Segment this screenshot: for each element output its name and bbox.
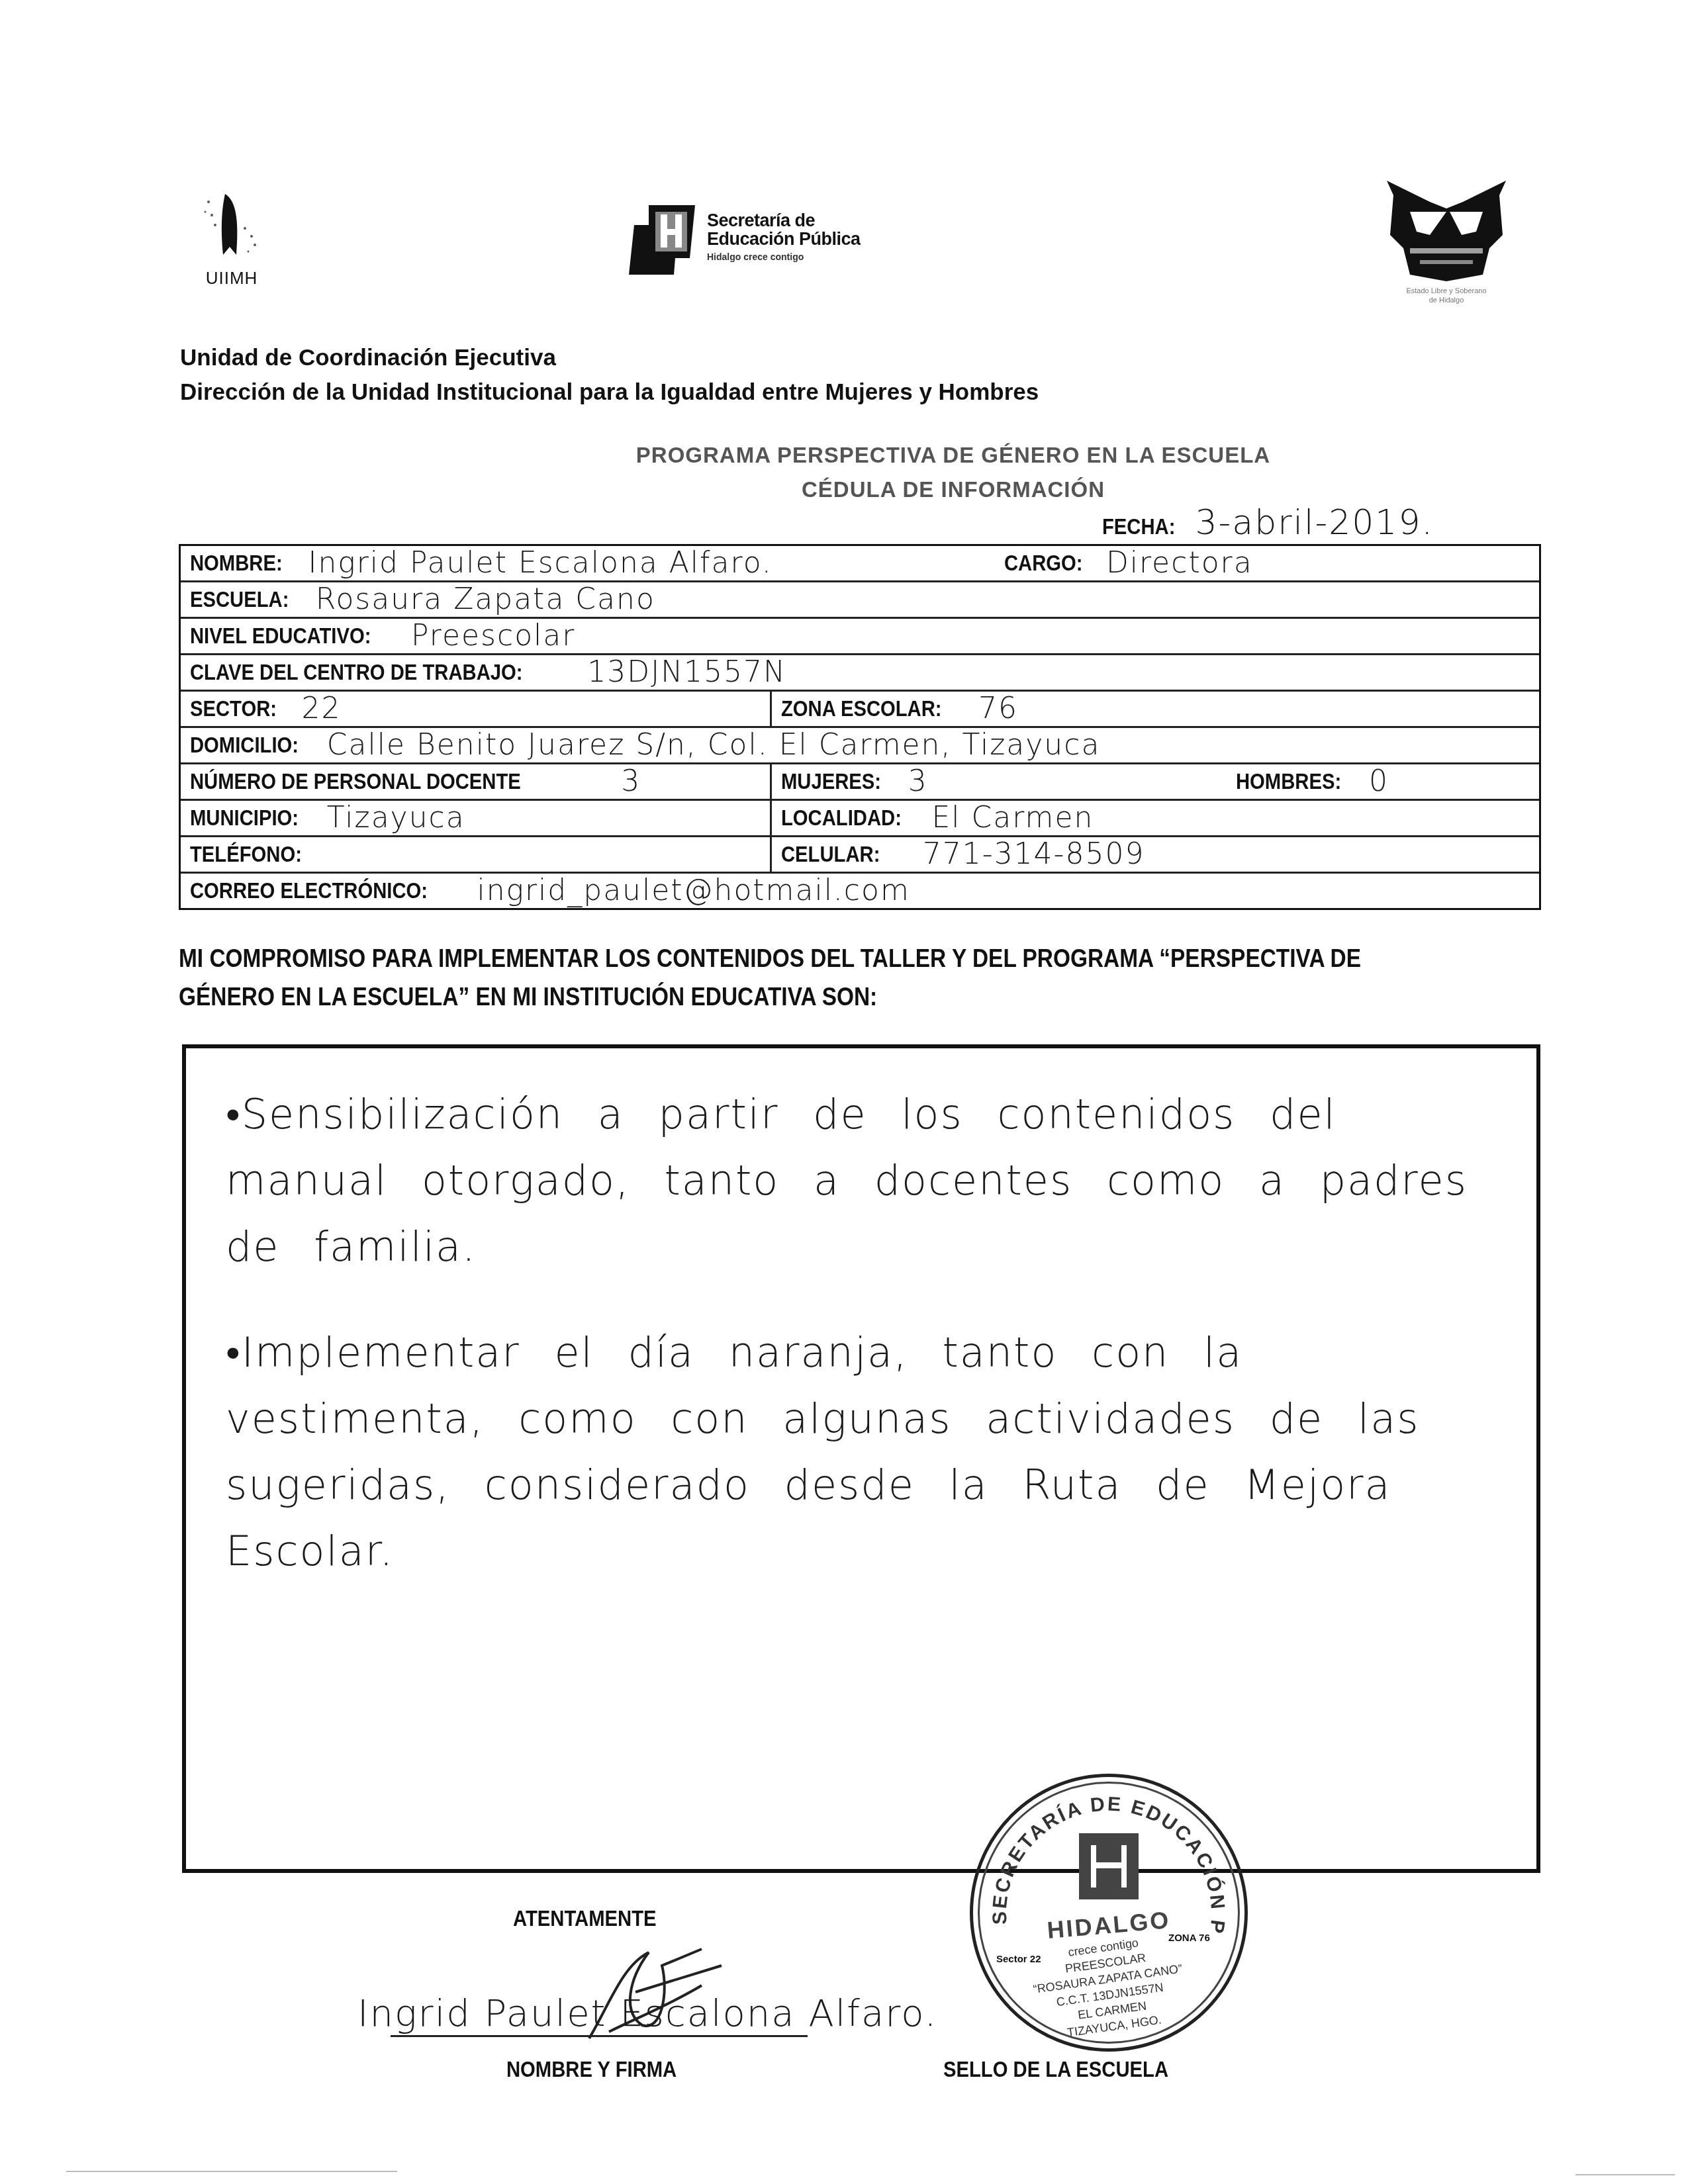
signature-label-text: NOMBRE Y FIRMA <box>506 2057 677 2083</box>
zona-value[interactable]: 76 <box>978 692 1018 726</box>
sep-tagline: Hidalgo crece contigo <box>707 251 804 262</box>
telefono-label: TELÉFONO: <box>190 842 302 868</box>
info-table: NOMBRE:Ingrid Paulet Escalona Alfaro. CA… <box>179 544 1541 910</box>
program-subtitle: CÉDULA DE INFORMACIÓN <box>0 473 1688 507</box>
municipio-field[interactable]: MUNICIPIO:Tizayuca <box>181 801 465 835</box>
commitment-item[interactable]: •Sensibilización a partir de los conteni… <box>226 1081 1483 1280</box>
program-title: PROGRAMA PERSPECTIVA DE GÉNERO EN LA ESC… <box>0 438 1688 507</box>
row-clave: CLAVE DEL CENTRO DE TRABAJO:13DJN1557N <box>181 655 1539 692</box>
telefono-field[interactable]: TELÉFONO: <box>181 837 330 872</box>
signature-name[interactable]: Ingrid Paulet Escalona Alfaro. <box>357 1992 937 2035</box>
municipio-label: MUNICIPIO: <box>190 805 299 831</box>
hidalgo-coat-of-arms: Estado Libre y Soberano de Hidalgo <box>1383 175 1509 321</box>
hidalgo-caption-line1: Estado Libre y Soberano <box>1383 287 1509 296</box>
sep-h-icon <box>629 205 695 275</box>
celular-field[interactable]: CELULAR:771-314-8509 <box>770 837 1145 872</box>
nivel-label: NIVEL EDUCATIVO: <box>190 623 371 649</box>
fecha-value[interactable]: 3-abril-2019. <box>1195 503 1434 543</box>
localidad-value[interactable]: El Carmen <box>932 801 1094 835</box>
docentes-field[interactable]: NÚMERO DE PERSONAL DOCENTE3 <box>181 764 641 799</box>
correo-field[interactable]: CORREO ELECTRÓNICO:ingrid_paulet@hotmail… <box>181 874 910 908</box>
commitment-box[interactable]: •Sensibilización a partir de los conteni… <box>182 1044 1540 1873</box>
nivel-value[interactable]: Preescolar <box>411 619 575 653</box>
celular-value[interactable]: 771-314-8509 <box>923 837 1145 872</box>
sector-value[interactable]: 22 <box>301 692 341 726</box>
hidalgo-caption: Estado Libre y Soberano de Hidalgo <box>1383 287 1509 305</box>
domicilio-value[interactable]: Calle Benito Juarez S/n, Col. El Carmen,… <box>327 728 1101 762</box>
cargo-field[interactable]: CARGO:Directora <box>995 546 1253 580</box>
hombres-field[interactable]: HOMBRES:0 <box>1227 764 1389 799</box>
sector-field[interactable]: SECTOR:22 <box>181 692 341 726</box>
row-nivel: NIVEL EDUCATIVO:Preescolar <box>181 619 1539 655</box>
row-nombre: NOMBRE:Ingrid Paulet Escalona Alfaro. CA… <box>181 546 1539 582</box>
closing-label: ATENTAMENTE <box>513 1906 680 1932</box>
escuela-value[interactable]: Rosaura Zapata Cano <box>316 582 655 617</box>
row-correo: CORREO ELECTRÓNICO:ingrid_paulet@hotmail… <box>181 874 1539 910</box>
mujeres-value[interactable]: 3 <box>908 764 928 799</box>
scan-artifact <box>66 2171 397 2172</box>
sep-title-line2: Educación Pública <box>707 229 861 249</box>
nombre-label: NOMBRE: <box>190 551 283 576</box>
zona-label: ZONA ESCOLAR: <box>781 696 942 722</box>
sector-label: SECTOR: <box>190 696 277 722</box>
docentes-value[interactable]: 3 <box>621 764 641 799</box>
program-title-line: PROGRAMA PERSPECTIVA DE GÉNERO EN LA ESC… <box>0 438 1688 473</box>
row-sector: SECTOR:22 ZONA ESCOLAR:76 <box>181 692 1539 728</box>
sep-h-icon <box>1079 1833 1139 1899</box>
sep-logo: Secretaría de Educación Pública Hidalgo … <box>629 205 947 278</box>
commitment-heading: MI COMPROMISO PARA IMPLEMENTAR LOS CONTE… <box>179 940 1402 1017</box>
unit-heading: Unidad de Coordinación Ejecutiva Direcci… <box>180 341 1039 410</box>
mujeres-label: MUJERES: <box>781 769 881 795</box>
docentes-label: NÚMERO DE PERSONAL DOCENTE <box>190 769 521 795</box>
sep-title-line1: Secretaría de <box>707 210 815 230</box>
hombres-value[interactable]: 0 <box>1369 764 1389 799</box>
row-municipio: MUNICIPIO:Tizayuca LOCALIDAD:El Carmen <box>181 801 1539 837</box>
domicilio-field[interactable]: DOMICILIO:Calle Benito Juarez S/n, Col. … <box>181 728 1100 762</box>
stamp-label-text: SELLO DE LA ESCUELA <box>943 2057 1168 2083</box>
nombre-field[interactable]: NOMBRE:Ingrid Paulet Escalona Alfaro. <box>181 546 773 580</box>
nombre-value[interactable]: Ingrid Paulet Escalona Alfaro. <box>308 546 772 580</box>
row-escuela: ESCUELA:Rosaura Zapata Cano <box>181 582 1539 619</box>
clave-field[interactable]: CLAVE DEL CENTRO DE TRABAJO:13DJN1557N <box>181 655 786 690</box>
unit-heading-line1: Unidad de Coordinación Ejecutiva <box>180 341 1039 375</box>
stamp-label: SELLO DE LA ESCUELA <box>943 2057 1205 2083</box>
fecha-field: FECHA:3-abril-2019. <box>1102 503 1434 543</box>
row-domicilio: DOMICILIO:Calle Benito Juarez S/n, Col. … <box>181 728 1539 764</box>
signature-line <box>391 2035 808 2037</box>
row-telefono: TELÉFONO: CELULAR:771-314-8509 <box>181 837 1539 874</box>
signature-label: NOMBRE Y FIRMA <box>506 2057 704 2083</box>
correo-label: CORREO ELECTRÓNICO: <box>190 878 428 904</box>
nivel-field[interactable]: NIVEL EDUCATIVO:Preescolar <box>181 619 575 653</box>
celular-label: CELULAR: <box>781 842 880 868</box>
uiimh-text: UIIMH <box>189 268 275 289</box>
localidad-label: LOCALIDAD: <box>781 805 902 831</box>
domicilio-label: DOMICILIO: <box>190 733 299 758</box>
correo-value[interactable]: ingrid_paulet@hotmail.com <box>477 874 910 908</box>
scan-artifact <box>1575 2174 1675 2175</box>
clave-value[interactable]: 13DJN1557N <box>587 655 786 690</box>
row-docentes: NÚMERO DE PERSONAL DOCENTE3 MUJERES:3 HO… <box>181 764 1539 801</box>
mujeres-field[interactable]: MUJERES:3 <box>770 764 928 799</box>
hidalgo-coat-of-arms-icon <box>1383 175 1509 285</box>
school-stamp: SECRETARÍA DE EDUCACIÓN PÚBLICA HIDALGO … <box>970 1774 1248 2052</box>
unit-heading-line2: Dirección de la Unidad Institucional par… <box>180 375 1039 410</box>
zona-field[interactable]: ZONA ESCOLAR:76 <box>770 692 1018 726</box>
fecha-label: FECHA: <box>1102 514 1175 540</box>
uiimh-ribbon-icon <box>189 189 275 268</box>
uiimh-logo: UIIMH <box>189 189 275 288</box>
hidalgo-caption-line2: de Hidalgo <box>1383 296 1509 305</box>
cargo-value[interactable]: Directora <box>1106 546 1253 580</box>
cargo-label: CARGO: <box>1004 551 1083 576</box>
closing-text: ATENTAMENTE <box>513 1906 657 1932</box>
escuela-label: ESCUELA: <box>190 587 289 613</box>
clave-label: CLAVE DEL CENTRO DE TRABAJO: <box>190 660 523 686</box>
hombres-label: HOMBRES: <box>1236 769 1341 795</box>
commitment-item[interactable]: •Implementar el día naranja, tanto con l… <box>226 1320 1483 1584</box>
localidad-field[interactable]: LOCALIDAD:El Carmen <box>770 801 1094 835</box>
escuela-field[interactable]: ESCUELA:Rosaura Zapata Cano <box>181 582 655 617</box>
municipio-value[interactable]: Tizayuca <box>327 801 465 835</box>
